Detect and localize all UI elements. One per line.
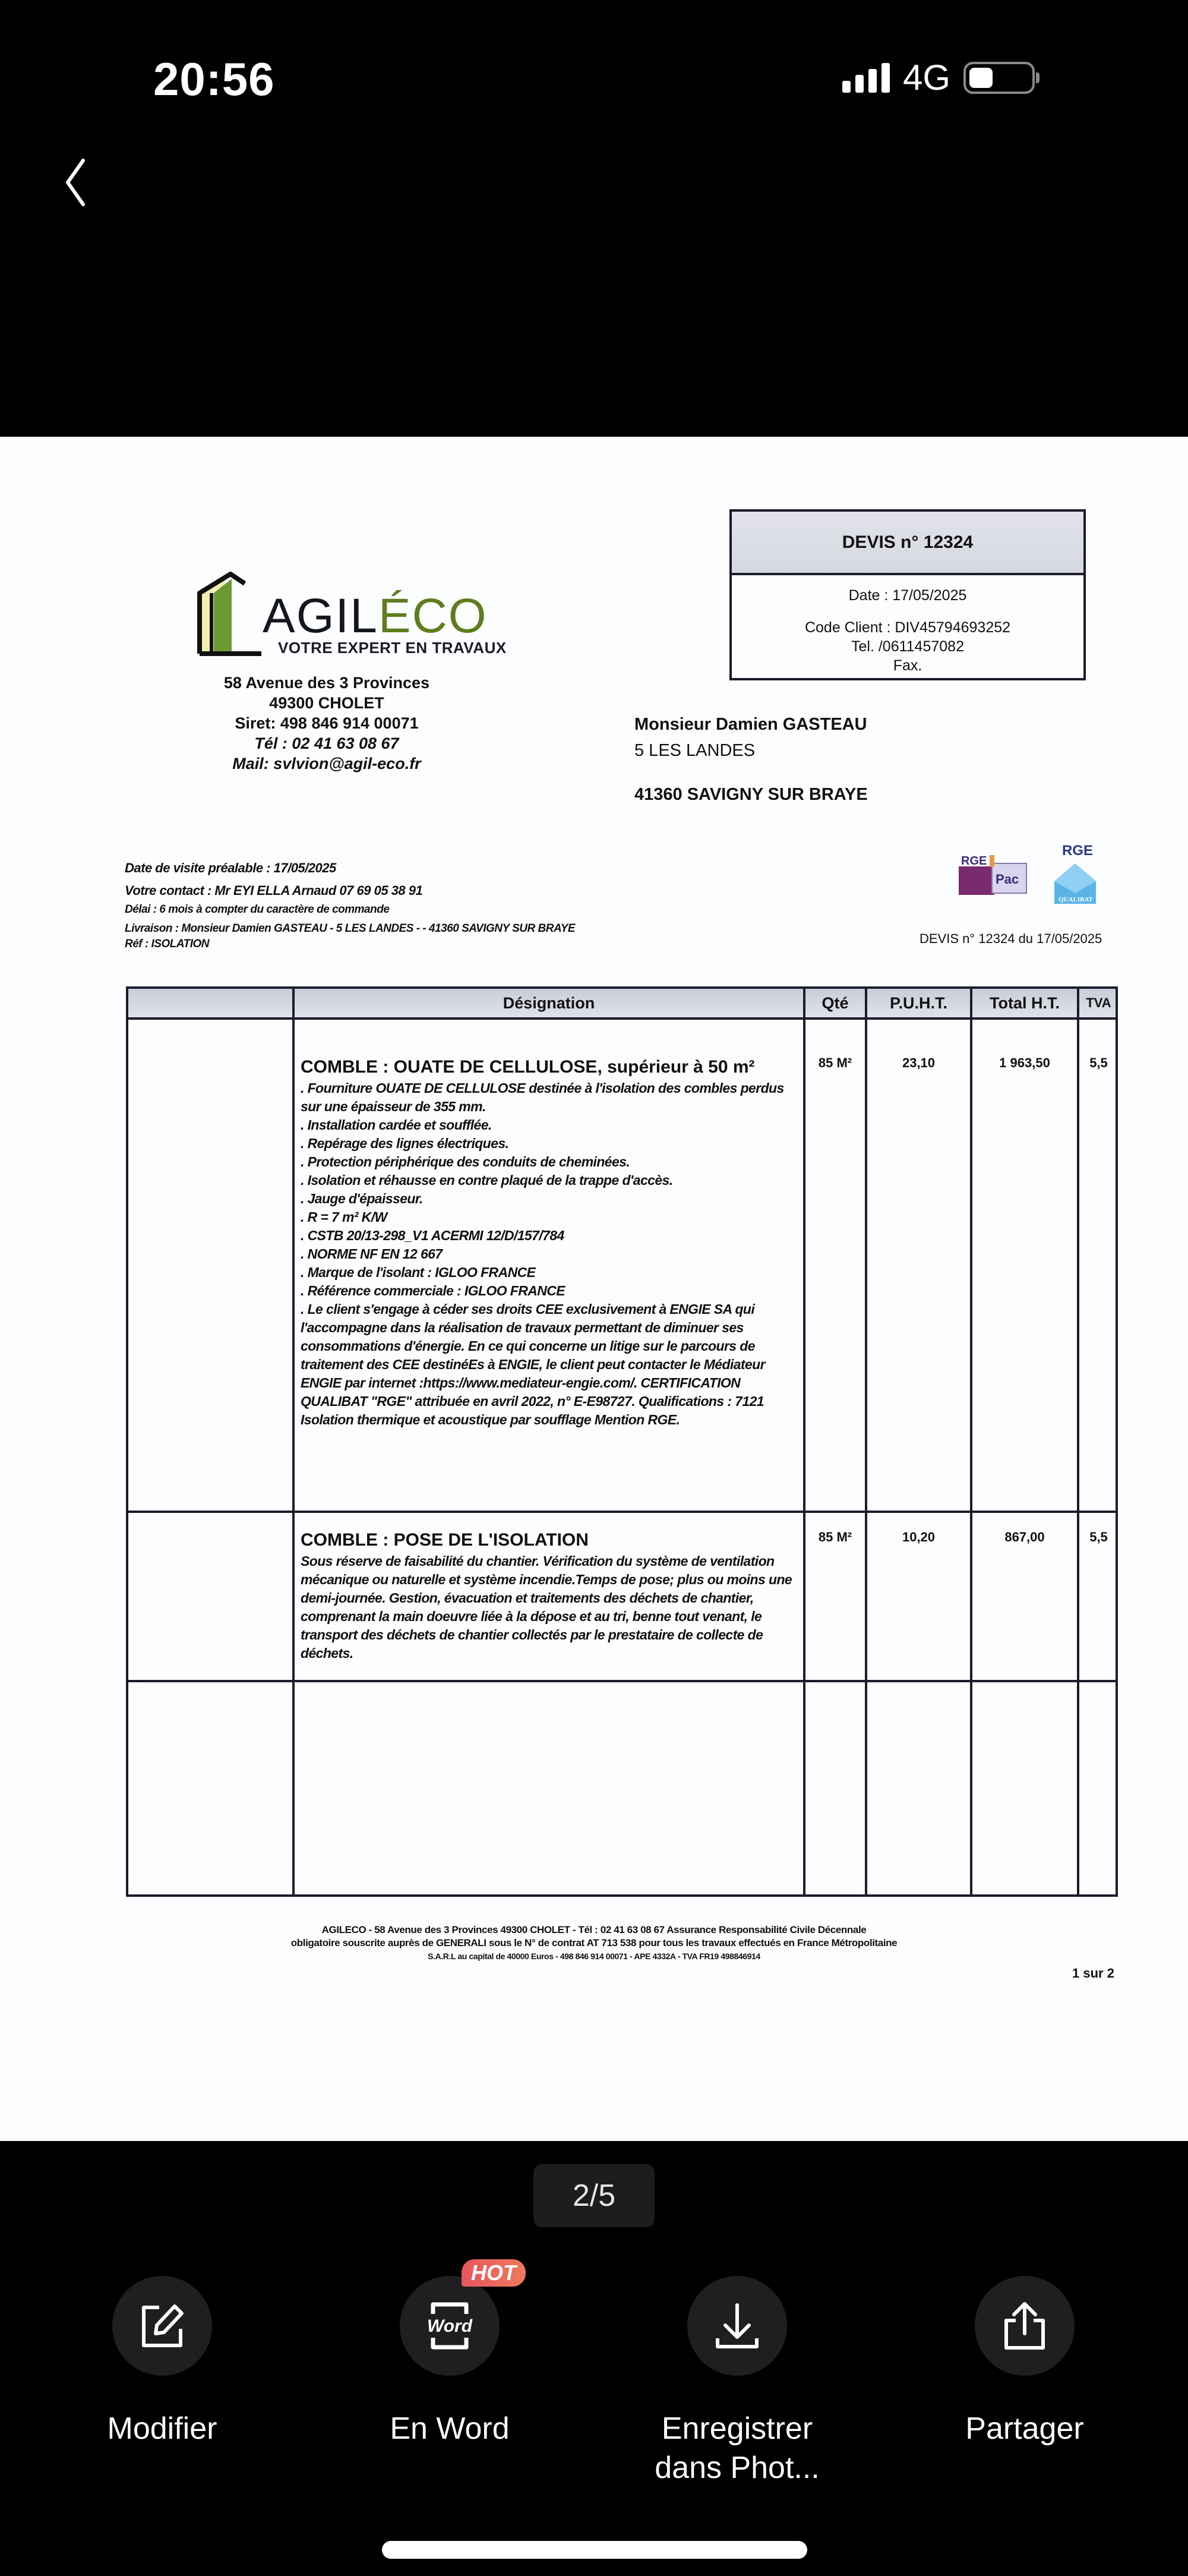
company-phone: Tél : 02 41 63 08 67 — [196, 733, 457, 753]
edit-button[interactable]: Modifier — [64, 2276, 260, 2448]
certification-badges: RGE Pac RGE QUALIBAT — [956, 840, 1123, 905]
edit-icon — [135, 2299, 189, 2353]
quote-meta: Date de visite préalable : 17/05/2025 Vo… — [125, 857, 575, 952]
status-indicators: 4G — [842, 57, 1035, 98]
word-label: En Word — [352, 2409, 548, 2448]
description-line: . CSTB 20/13-298_V1 ACERMI 12/D/157/784 — [301, 1226, 800, 1245]
client-fax: Fax. — [732, 656, 1083, 675]
company-logo: AGILÉCO VOTRE EXPERT EN TRAVAUX — [196, 570, 511, 660]
description-line: . Installation cardée et soufflée. — [301, 1116, 800, 1134]
description-line: . Isolation et réhausse en contre plaqué… — [301, 1171, 800, 1190]
client-code: Code Client : DIV45794693252 — [732, 618, 1083, 637]
page-indicator: 2/5 — [533, 2164, 655, 2227]
devis-date: Date : 17/05/2025 — [732, 586, 1083, 605]
item-unit-price: 23,10 — [867, 1055, 970, 1071]
item-total: 867,00 — [972, 1530, 1077, 1545]
header-total: Total H.T. — [972, 989, 1077, 1017]
svg-text:Word: Word — [427, 2316, 473, 2336]
logo-wordmark: AGILÉCO — [263, 588, 488, 644]
description-line: . Référence commerciale : IGLOO FRANCE — [301, 1282, 800, 1300]
company-address: 58 Avenue des 3 Provinces — [196, 673, 457, 693]
item-tva: 5,5 — [1079, 1055, 1118, 1071]
description-line: Sous réserve de faisabilité du chantier.… — [301, 1552, 800, 1663]
item-qty: 85 M² — [805, 1055, 865, 1071]
rge-qualibat-badge-icon: RGE QUALIBAT — [1054, 843, 1096, 904]
visit-date: Date de visite préalable : 17/05/2025 — [125, 857, 575, 879]
table-row: COMBLE : POSE DE L'ISOLATION Sous réserv… — [301, 1528, 800, 1663]
document-page: DEVIS n° 12324 Date : 17/05/2025 Code Cl… — [0, 437, 1188, 2141]
house-logo-icon — [196, 570, 261, 660]
rge-qualipac-badge-icon: RGE Pac — [959, 855, 1026, 895]
item-description: . Fourniture OUATE DE CELLULOSE destinée… — [301, 1079, 800, 1429]
legal-footer: AGILECO - 58 Avenue des 3 Provinces 4930… — [178, 1924, 1010, 1963]
client-tel: Tel. /0611457082 — [732, 637, 1083, 656]
header-tva: TVA — [1079, 989, 1118, 1017]
share-label: Partager — [927, 2409, 1123, 2448]
devis-reference: DEVIS n° 12324 du 17/05/2025 — [920, 931, 1102, 947]
footer-line-1: AGILECO - 58 Avenue des 3 Provinces 4930… — [178, 1924, 1010, 1937]
company-city: 49300 CHOLET — [196, 693, 457, 713]
status-time: 20:56 — [153, 52, 275, 106]
client-city: 41360 SAVIGNY SUR BRAYE — [634, 781, 868, 808]
convert-word-button[interactable]: Word HOT En Word — [352, 2276, 548, 2448]
footer-line-3: S.A.R.L au capital de 40000 Euros - 498 … — [178, 1950, 1010, 1963]
reference: Réf : ISOLATION — [125, 937, 575, 952]
header-unit-price: P.U.H.T. — [867, 989, 970, 1017]
item-unit-price: 10,20 — [867, 1530, 970, 1545]
save-to-photos-button[interactable]: Enregistrer dans Phot... — [639, 2276, 835, 2487]
svg-text:Pac: Pac — [996, 872, 1019, 887]
item-total: 1 963,50 — [972, 1055, 1077, 1071]
contact: Votre contact : Mr EYI ELLA Arnaud 07 69… — [125, 879, 575, 902]
description-line: . R = 7 m² K/W — [301, 1208, 800, 1226]
download-icon — [710, 2299, 764, 2353]
devis-title: DEVIS n° 12324 — [732, 512, 1083, 575]
item-description: Sous réserve de faisabilité du chantier.… — [301, 1552, 800, 1663]
company-info: 58 Avenue des 3 Provinces 49300 CHOLET S… — [196, 673, 457, 774]
item-title: COMBLE : OUATE DE CELLULOSE, supérieur à… — [301, 1055, 800, 1079]
battery-icon — [963, 62, 1035, 94]
company-siret: Siret: 498 846 914 00071 — [196, 713, 457, 733]
description-line: . Protection périphérique des conduits d… — [301, 1153, 800, 1171]
header-qty: Qté — [805, 989, 865, 1017]
page-number: 1 sur 2 — [1072, 1966, 1114, 1981]
svg-text:RGE: RGE — [961, 855, 987, 868]
description-line: . Fourniture OUATE DE CELLULOSE destinée… — [301, 1079, 800, 1116]
client-address: Monsieur Damien GASTEAU 5 LES LANDES 413… — [634, 711, 868, 808]
delivery: Livraison : Monsieur Damien GASTEAU - 5 … — [125, 921, 575, 937]
save-label: Enregistrer dans Phot... — [639, 2409, 835, 2487]
company-email: Mail: svlvion@agil-eco.fr — [196, 753, 457, 774]
description-line: . Repérage des lignes électriques. — [301, 1134, 800, 1153]
edit-label: Modifier — [64, 2409, 260, 2448]
svg-text:RGE: RGE — [1062, 843, 1093, 859]
table-row: COMBLE : OUATE DE CELLULOSE, supérieur à… — [301, 1055, 800, 1429]
hot-badge: HOT — [462, 2259, 526, 2287]
network-type: 4G — [903, 57, 950, 98]
share-button[interactable]: Partager — [927, 2276, 1123, 2448]
item-title: COMBLE : POSE DE L'ISOLATION — [301, 1528, 800, 1552]
client-name: Monsieur Damien GASTEAU — [634, 711, 868, 737]
delay: Délai : 6 mois à compter du caractère de… — [125, 902, 575, 917]
back-chevron-icon[interactable] — [59, 156, 95, 209]
svg-text:QUALIBAT: QUALIBAT — [1059, 896, 1094, 903]
description-line: . NORME NF EN 12 667 — [301, 1245, 800, 1263]
signal-icon — [842, 63, 890, 93]
quote-table: Désignation Qté P.U.H.T. Total H.T. TVA … — [126, 986, 1118, 1897]
description-line: . Jauge d'épaisseur. — [301, 1190, 800, 1208]
word-icon: Word — [420, 2296, 479, 2356]
devis-info-box: DEVIS n° 12324 Date : 17/05/2025 Code Cl… — [729, 509, 1086, 680]
home-indicator[interactable] — [382, 2541, 807, 2559]
description-line: . Le client s'engage à céder ses droits … — [301, 1300, 800, 1429]
logo-tagline: VOTRE EXPERT EN TRAVAUX — [278, 639, 507, 657]
share-icon — [998, 2299, 1051, 2353]
client-street: 5 LES LANDES — [634, 737, 868, 764]
footer-line-2: obligatoire souscrite auprès de GENERALI… — [178, 1937, 1010, 1950]
item-tva: 5,5 — [1079, 1530, 1118, 1545]
header-designation: Désignation — [295, 989, 803, 1017]
description-line: . Marque de l'isolant : IGLOO FRANCE — [301, 1263, 800, 1282]
battery-level — [969, 68, 993, 88]
item-qty: 85 M² — [805, 1530, 865, 1545]
